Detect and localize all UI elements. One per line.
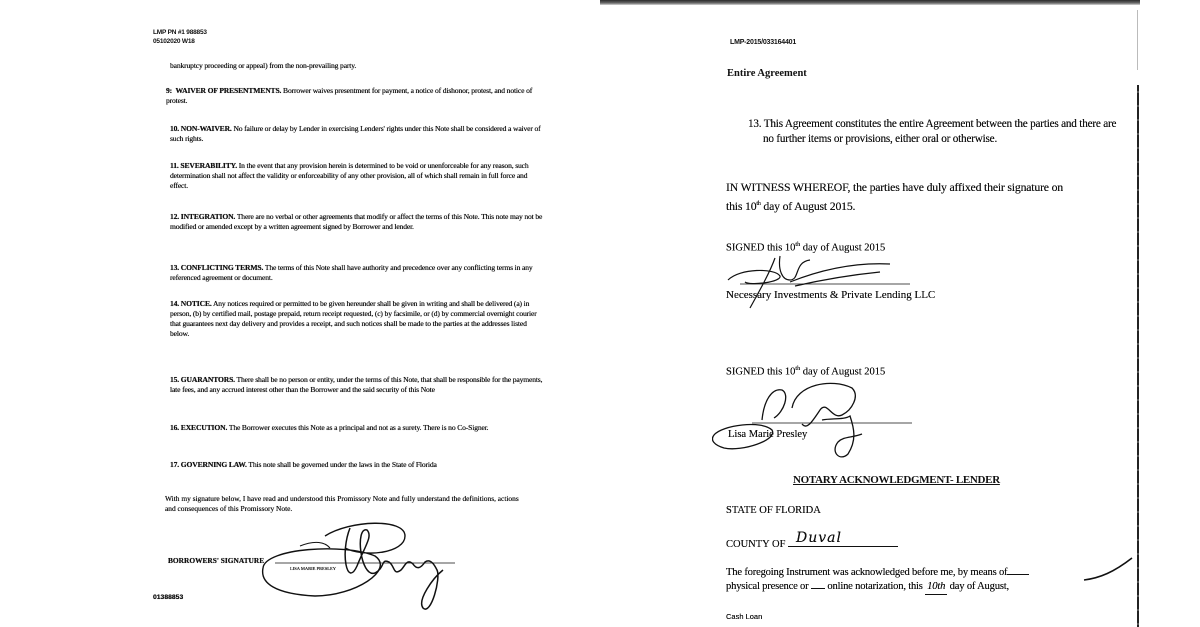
clause-13-conflicting-terms: 13. CONFLICTING TERMS. The terms of this… bbox=[170, 263, 545, 283]
clause-number: 10. bbox=[170, 124, 179, 133]
clause-heading: EXECUTION. bbox=[181, 423, 227, 432]
in-witness-whereof: IN WITNESS WHEREOF, the parties have dul… bbox=[726, 179, 1126, 215]
clause-9-waiver-of-presentments: 9: WAIVER OF PRESENTMENTS. Borrower waiv… bbox=[166, 86, 541, 106]
footer-label: Cash Loan bbox=[726, 612, 762, 621]
physical-presence-checkmark-field bbox=[1007, 574, 1029, 575]
witness-line-1: IN WITNESS WHEREOF, the parties have dul… bbox=[726, 180, 1063, 194]
clause-number: 16. bbox=[170, 423, 179, 432]
borrower-name: Lisa Marie Presley bbox=[728, 429, 807, 440]
clause-heading: GOVERNING LAW. bbox=[181, 460, 247, 469]
online-notarization-field bbox=[811, 588, 825, 589]
scan-edge-right bbox=[1137, 85, 1139, 627]
borrower-signature bbox=[255, 518, 475, 618]
notary-line-1: The foregoing Instrument was acknowledge… bbox=[726, 567, 1007, 578]
clause-body: Any notices required or permitted to be … bbox=[170, 299, 537, 338]
notary-acknowledgment-title: NOTARY ACKNOWLEDGMENT- LENDER bbox=[793, 474, 1000, 486]
county-handwritten-value: Duval bbox=[796, 530, 842, 546]
document-reference-line-1: LMP PN #1 988853 bbox=[153, 28, 207, 37]
scan-edge-top bbox=[600, 0, 1140, 5]
clause-11-severability: 11. SEVERABILITY. In the event that any … bbox=[170, 161, 545, 191]
clause-13-entire-agreement: 13. This Agreement constitutes the entir… bbox=[748, 117, 1123, 147]
clause-12-integration: 12. INTEGRATION. There are no verbal or … bbox=[170, 212, 545, 232]
signed-rest: day of August 2015 bbox=[800, 367, 885, 378]
notary-line-2a: physical presence or bbox=[726, 581, 808, 592]
footer-reference: 01388853 bbox=[153, 593, 183, 603]
document-reference-line-2: 05102020 W18 bbox=[153, 37, 195, 46]
clause-body: The Borrower executes this Note as a pri… bbox=[229, 423, 489, 432]
clause-number: 11. bbox=[170, 161, 179, 170]
borrower-signature-agreement bbox=[712, 380, 912, 465]
clause-16-execution: 16. EXECUTION. The Borrower executes thi… bbox=[170, 423, 545, 433]
scan-edge-right-faint bbox=[1137, 10, 1138, 70]
notary-day-handwritten: 10th bbox=[925, 580, 947, 595]
promissory-note-page: LMP PN #1 988853 05102020 W18 bankruptcy… bbox=[0, 0, 600, 627]
clause-number: 15. bbox=[170, 375, 179, 384]
notary-statement: The foregoing Instrument was acknowledge… bbox=[726, 566, 1126, 595]
agreement-signature-page: LMP-2015/033164401 Entire Agreement 13. … bbox=[600, 0, 1200, 627]
signed-line-lender: SIGNED this 10th day of August 2015 bbox=[726, 242, 885, 254]
county-field: Duval bbox=[788, 536, 898, 547]
notary-line-2c: day of August, bbox=[950, 581, 1009, 592]
clause-heading: NOTICE. bbox=[181, 299, 212, 308]
clause-heading: INTEGRATION. bbox=[181, 212, 235, 221]
notary-line-2b: online notarization, this bbox=[827, 581, 922, 592]
clause-number: 12. bbox=[170, 212, 179, 221]
signed-rest: day of August 2015 bbox=[800, 243, 885, 254]
clause-heading: SEVERABILITY. bbox=[180, 161, 237, 170]
clause-heading: GUARANTORS. bbox=[181, 375, 235, 384]
clause-number: 17. bbox=[170, 460, 179, 469]
section-heading-entire-agreement: Entire Agreement bbox=[727, 68, 807, 79]
clause-14-notice: 14. NOTICE. Any notices required or perm… bbox=[170, 299, 545, 339]
witness-date-rest: day of August 2015. bbox=[761, 199, 856, 213]
clause-number: 14. bbox=[170, 299, 179, 308]
clause-number: 9: bbox=[166, 86, 172, 95]
clause-body: This note shall be governed under the la… bbox=[248, 460, 436, 469]
signed-line-borrower: SIGNED this 10th day of August 2015 bbox=[726, 366, 885, 378]
clause-number: 13. bbox=[170, 263, 179, 272]
clause-heading: NON-WAIVER. bbox=[181, 124, 232, 133]
state-line: STATE OF FLORIDA bbox=[726, 505, 821, 516]
borrower-printed-name: LISA MARIE PRESLEY bbox=[290, 566, 336, 571]
clause-continuation: bankruptcy proceeding or appeal) from th… bbox=[170, 61, 545, 71]
clause-10-non-waiver: 10. NON-WAIVER. No failure or delay by L… bbox=[170, 124, 545, 144]
county-line: COUNTY OF Duval bbox=[726, 536, 898, 550]
clause-heading: WAIVER OF PRESENTMENTS. bbox=[176, 86, 282, 95]
borrower-acknowledgment: With my signature below, I have read and… bbox=[165, 494, 525, 514]
signed-prefix: SIGNED this 10 bbox=[726, 243, 795, 254]
borrower-signature-label: BORROWERS' SIGNATURE bbox=[168, 556, 264, 566]
witness-date-prefix: this 10 bbox=[726, 199, 756, 213]
lender-signature bbox=[720, 250, 920, 310]
county-label: COUNTY OF bbox=[726, 539, 785, 550]
lender-name: Necessary Investments & Private Lending … bbox=[726, 289, 935, 301]
clause-17-governing-law: 17. GOVERNING LAW. This note shall be go… bbox=[170, 460, 545, 470]
clause-heading: CONFLICTING TERMS. bbox=[181, 263, 263, 272]
clause-15-guarantors: 15. GUARANTORS. There shall be no person… bbox=[170, 375, 545, 395]
agreement-reference: LMP-2015/033164401 bbox=[730, 38, 796, 47]
signed-prefix: SIGNED this 10 bbox=[726, 367, 795, 378]
